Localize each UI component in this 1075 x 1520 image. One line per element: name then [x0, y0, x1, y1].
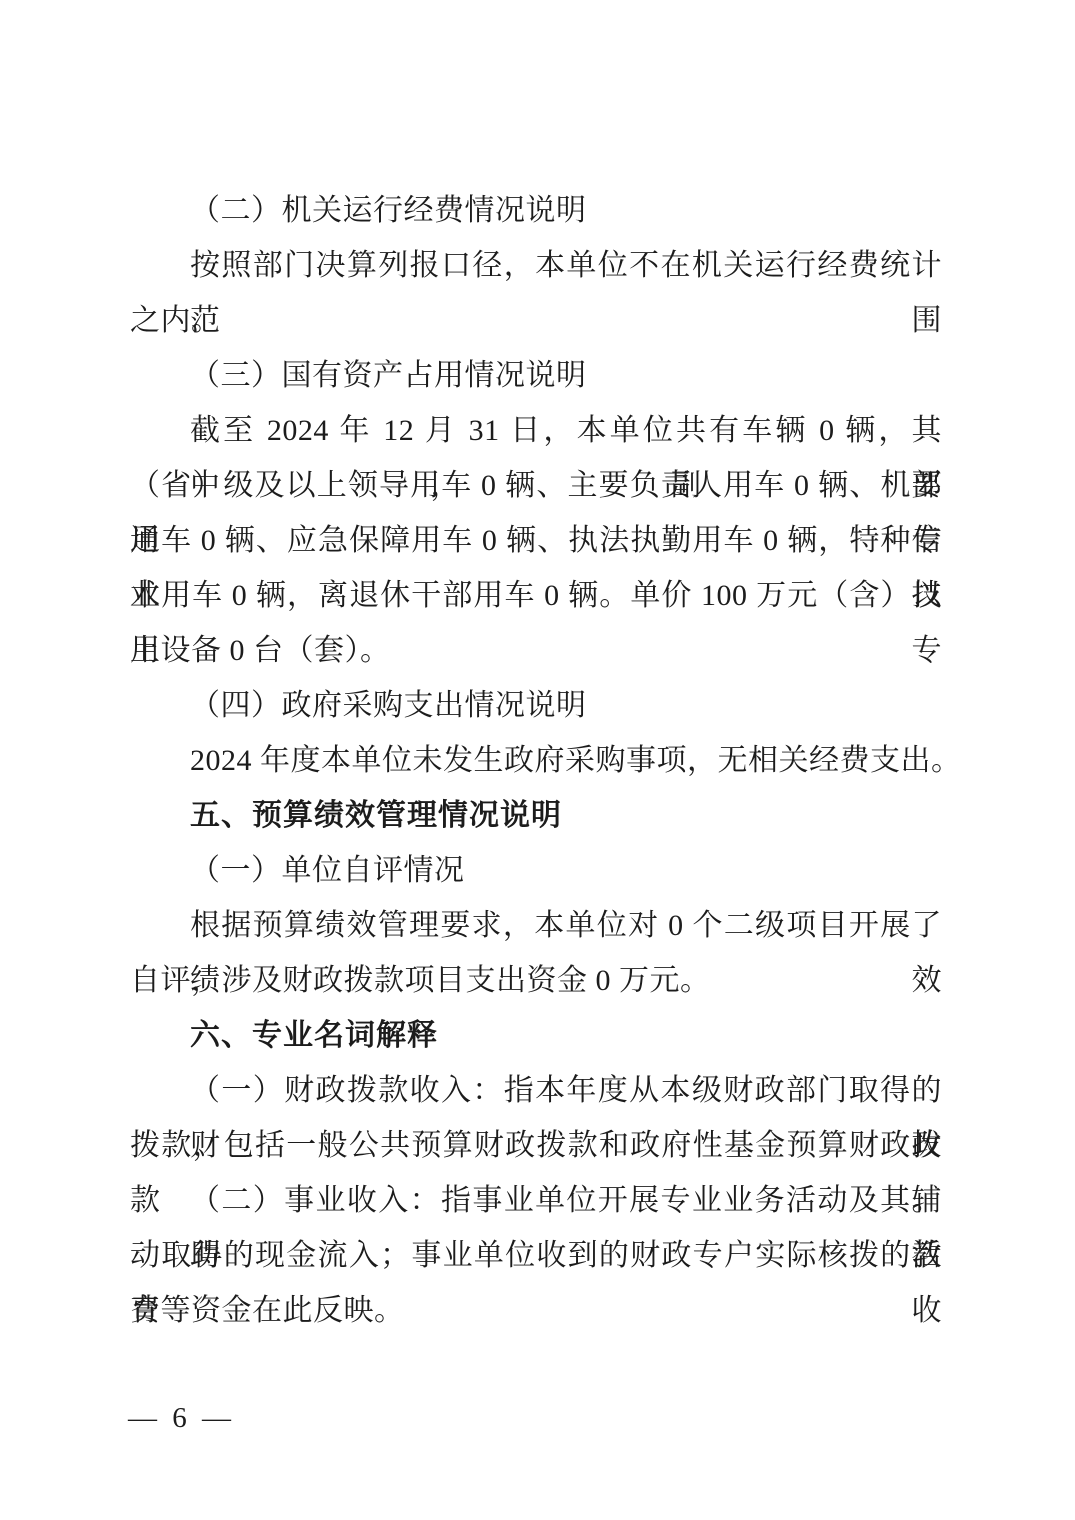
- text-line: （二）事业收入：指事业单位开展专业业务活动及其辅助活: [130, 1173, 942, 1228]
- text-line: 用车 0 辆、应急保障用车 0 辆、执法执勤用车 0 辆，特种专业技: [130, 513, 942, 568]
- text-line: 2024 年度本单位未发生政府采购事项，无相关经费支出。: [130, 733, 942, 788]
- text-line: （二）机关运行经费情况说明: [130, 183, 942, 238]
- text-line: 按照部门决算列报口径，本单位不在机关运行经费统计范围: [130, 238, 942, 293]
- text-line: （一）财政拨款收入：指本年度从本级财政部门取得的财政: [130, 1063, 942, 1118]
- section-heading: 六、专业名词解释: [130, 1008, 942, 1063]
- section-heading: 五、预算绩效管理情况说明: [130, 788, 942, 843]
- page-footer: — 6 —: [128, 1398, 235, 1438]
- text-line: 动取得的现金流入；事业单位收到的财政专户实际核拨的教育收: [130, 1228, 942, 1283]
- text-line: 术用车 0 辆，离退休干部用车 0 辆。单价 100 万元（含）以上专: [130, 568, 942, 623]
- text-line: 拨款，包括一般公共预算财政拨款和政府性基金预算财政拨款。: [130, 1118, 942, 1173]
- page-number: — 6 —: [128, 1402, 235, 1434]
- text-line: （一）单位自评情况: [130, 843, 942, 898]
- text-line: （省）级及以上领导用车 0 辆、主要负责人用车 0 辆、机要通信: [130, 458, 942, 513]
- text-line: （三）国有资产占用情况说明: [130, 348, 942, 403]
- text-line: 截至 2024 年 12 月 31 日，本单位共有车辆 0 辆，其中，副部: [130, 403, 942, 458]
- document-page: （二）机关运行经费情况说明按照部门决算列报口径，本单位不在机关运行经费统计范围之…: [0, 0, 1075, 1520]
- text-line: 根据预算绩效管理要求，本单位对 0 个二级项目开展了绩效: [130, 898, 942, 953]
- document-body: （二）机关运行经费情况说明按照部门决算列报口径，本单位不在机关运行经费统计范围之…: [130, 183, 942, 1338]
- text-line: （四）政府采购支出情况说明: [130, 678, 942, 733]
